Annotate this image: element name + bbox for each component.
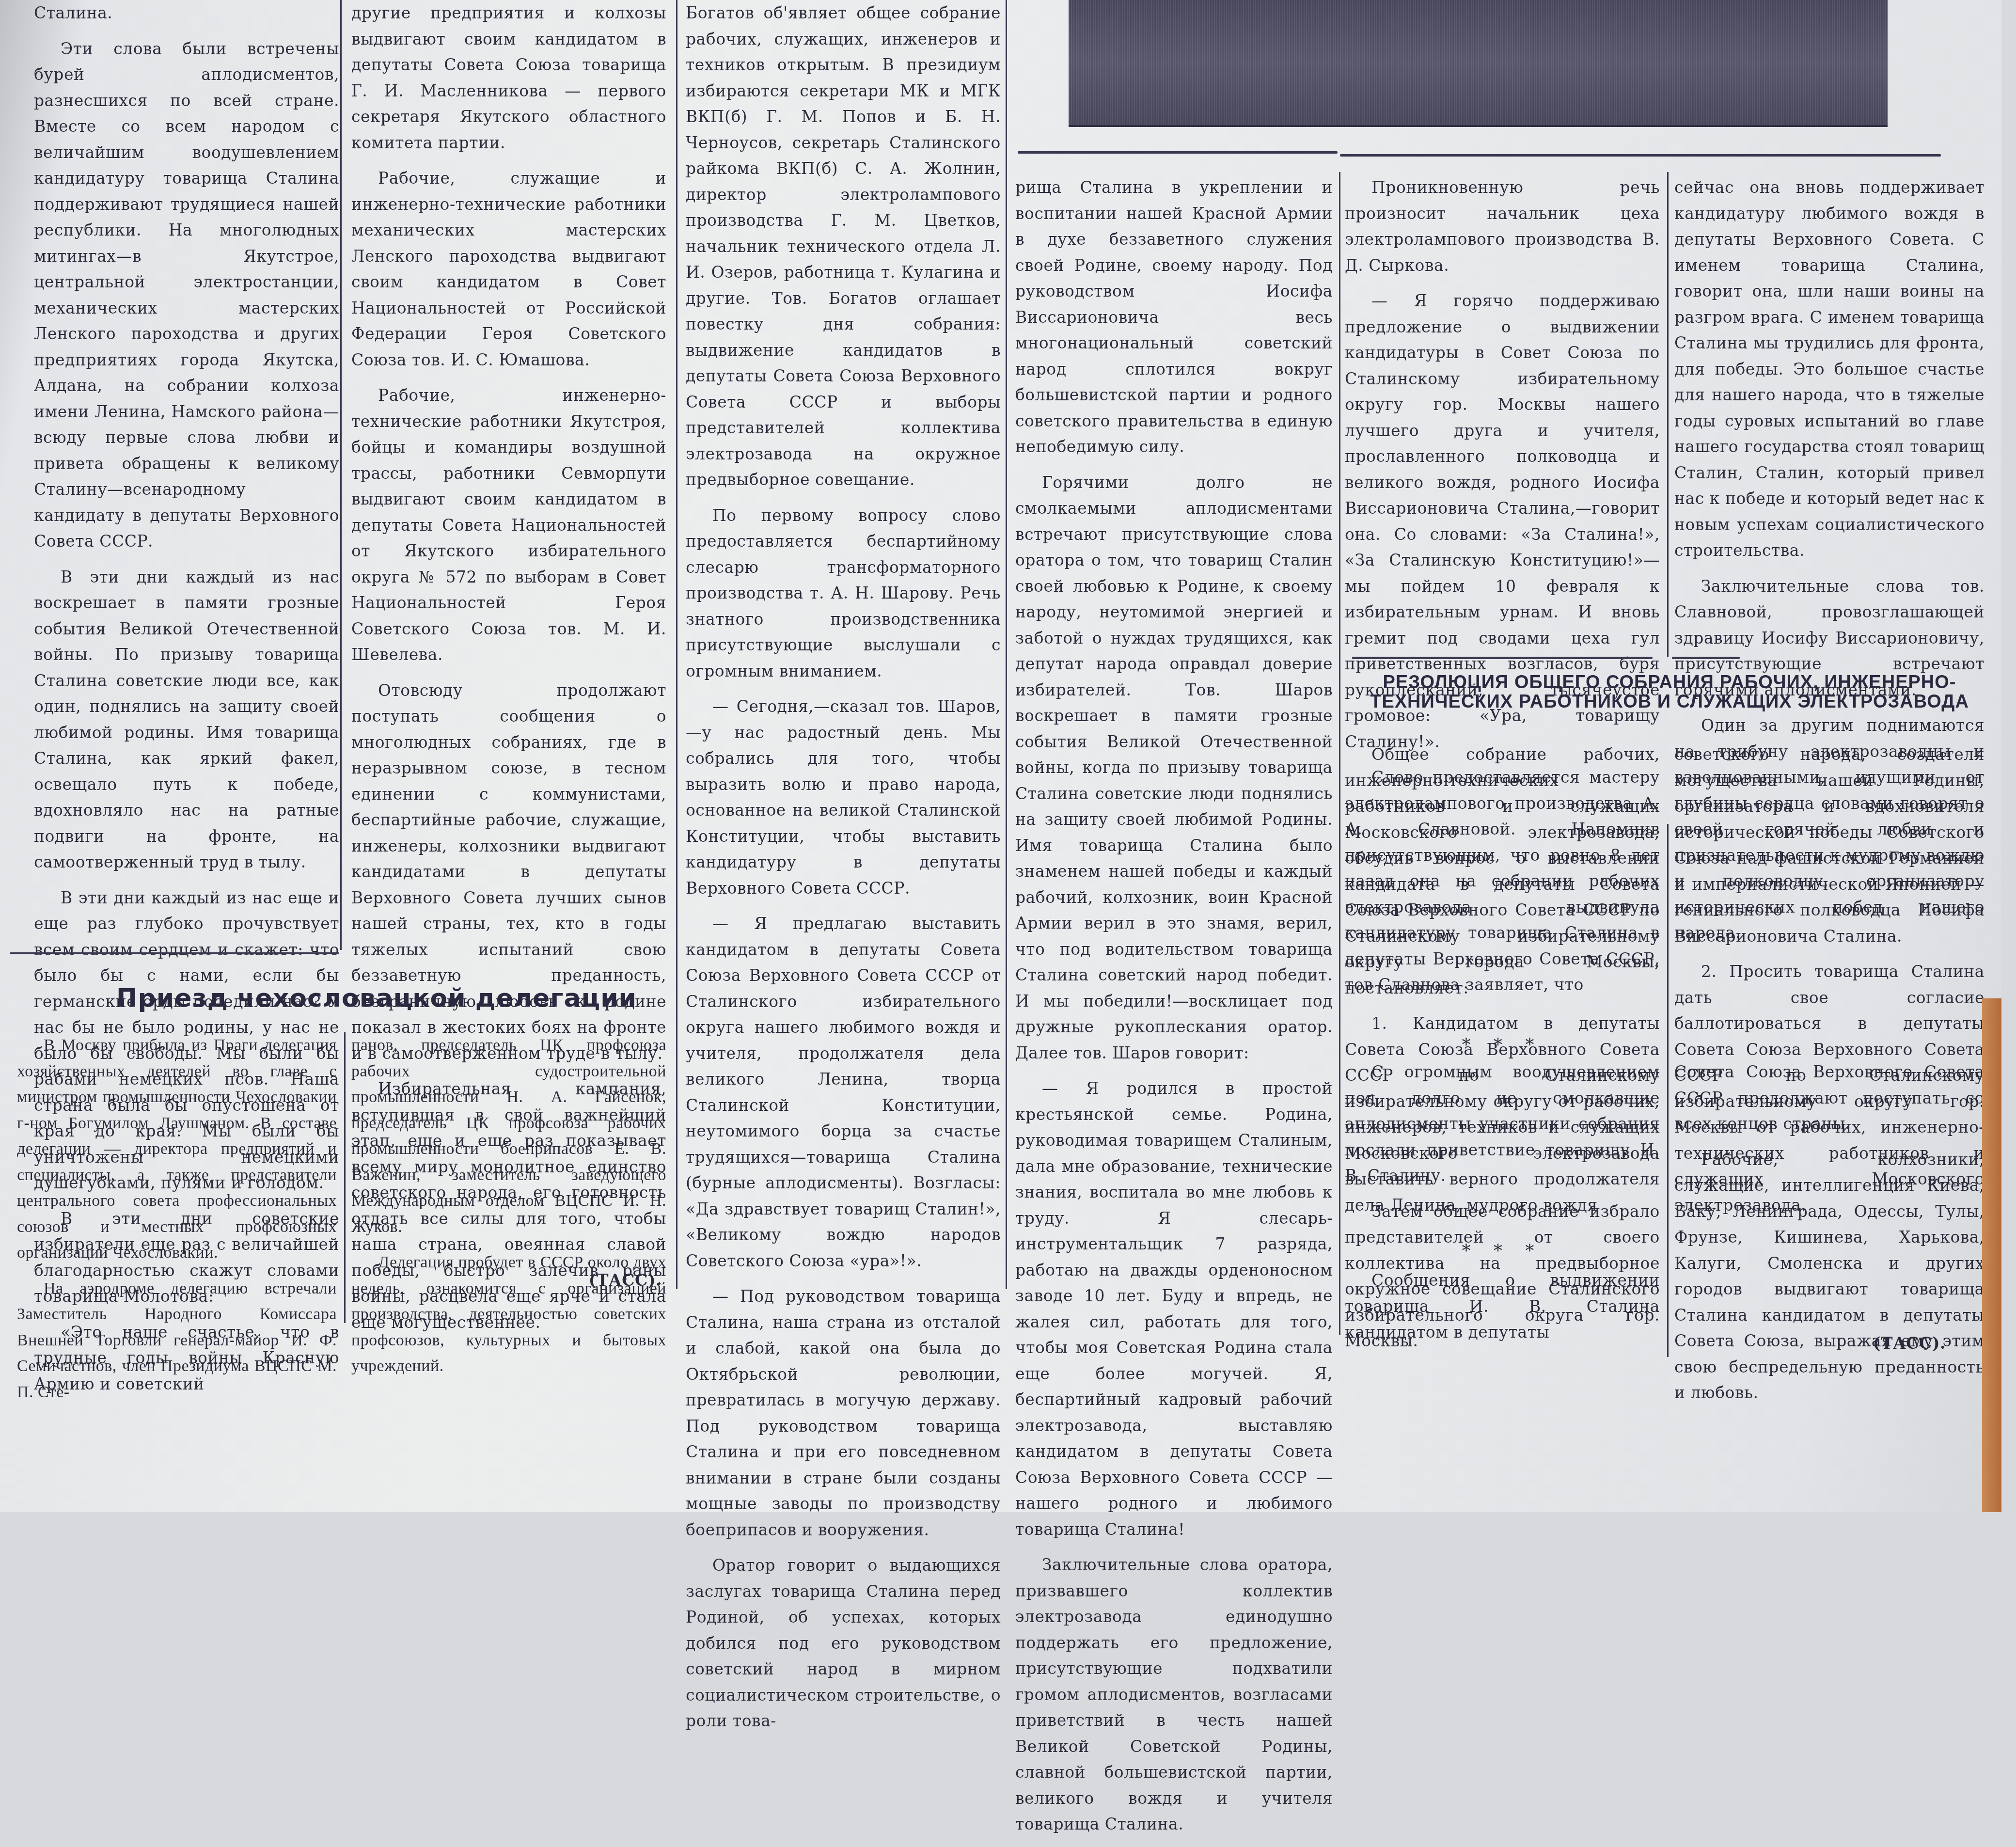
paragraph: На аэродроме делегацию встречали Замести… [17, 1276, 337, 1405]
paragraph: Рабочие, колхозники, служащие, интеллиге… [1674, 1147, 1984, 1406]
table-edge [1982, 998, 2001, 1512]
paragraph: Богатов об'являет общее собрание рабочих… [686, 0, 1001, 493]
paragraph: Сообщения о выдвижении товарища И. В. Ст… [1345, 1267, 1660, 1345]
paragraph: Эти слова были встречены бурей аплодисме… [34, 36, 339, 554]
paragraph: По первому вопросу слово предоставляется… [686, 503, 1001, 684]
paragraph: Рабочие, инженерно-технические работники… [351, 382, 666, 668]
paragraph: другие предприятия и колхозы выдвигают с… [351, 0, 666, 156]
column-rule [676, 0, 677, 1289]
paragraph: Рабочие, служащие и инженерно-технически… [351, 165, 666, 373]
paragraph: В эти дни каждый из нас воскрешает в пам… [34, 564, 339, 875]
paragraph: сейчас она вновь поддерживает кандидатур… [1674, 174, 1984, 564]
delegation-signoff: (ТАСС). [351, 1267, 661, 1294]
column-4: рища Сталина в укреплении и воспитании н… [1015, 174, 1333, 1512]
delegation-right: панов, председатель ЦК профсоюза рабочих… [351, 1032, 666, 1389]
column-3: Богатов об'являет общее собрание рабочих… [686, 0, 1001, 1512]
paragraph: Общее собрание рабочих, инженерно-технич… [1345, 742, 1660, 1001]
delegation-headline: Приезд чехословацкой делегации [116, 984, 637, 1013]
column-rule [1667, 172, 1669, 657]
column-rule [344, 1032, 346, 1323]
paragraph: — Под руководством товарища Сталина, наш… [686, 1283, 1001, 1512]
section-rule [10, 952, 339, 954]
paragraph: Горячими долго не смолкаемыми аплодисмен… [1015, 470, 1333, 1066]
paragraph: Сталина. [34, 0, 339, 26]
resolution-signoff: (ТАСС). [1674, 1330, 1946, 1357]
paragraph: — Сегодня,—сказал тов. Шаров,—у нас радо… [686, 694, 1001, 901]
paragraph: — Я родился в простой крестьянской семье… [1015, 1075, 1333, 1512]
column-rule [1339, 172, 1340, 1335]
paragraph: — Я предлагаю выставить кандидатом в деп… [686, 911, 1001, 1274]
paragraph: рища Сталина в укреплении и воспитании н… [1015, 174, 1333, 460]
column-rule [1006, 0, 1007, 1289]
newspaper-page: Сталина.Эти слова были встречены бурей а… [0, 0, 2001, 1512]
halftone-photo [1069, 0, 1888, 127]
section-rule [1672, 657, 1740, 659]
section-rule [1018, 151, 1338, 154]
column-rule [1667, 824, 1669, 1357]
resolution-headline: РЕЗОЛЮЦИЯ ОБЩЕГО СОБРАНИЯ РАБОЧИХ, ИНЖЕН… [1357, 673, 1982, 711]
section-rule [1352, 657, 1653, 659]
section-rule [1340, 154, 1941, 157]
paragraph: С огромным воодушевлением под долго не с… [1345, 1059, 1660, 1189]
paragraph: Проникновенную речь произносит начальник… [1345, 174, 1660, 278]
paragraph: панов, председатель ЦК профсоюза рабочих… [351, 1032, 666, 1240]
resolution-after-right: Совета Союза Верховного Совета СССР прод… [1674, 1059, 1984, 1416]
column-rule [340, 0, 342, 950]
paragraph: советского народа, создателя могущества … [1674, 742, 1984, 949]
paragraph: Совета Союза Верховного Совета СССР прод… [1674, 1059, 1984, 1137]
paragraph: В Москву прибыла из Праги делегация хозя… [17, 1032, 337, 1266]
delegation-left: В Москву прибыла из Праги делегация хозя… [17, 1032, 337, 1415]
resolution-after-left-2: Сообщения о выдвижении товарища И. В. Ст… [1345, 1267, 1660, 1355]
